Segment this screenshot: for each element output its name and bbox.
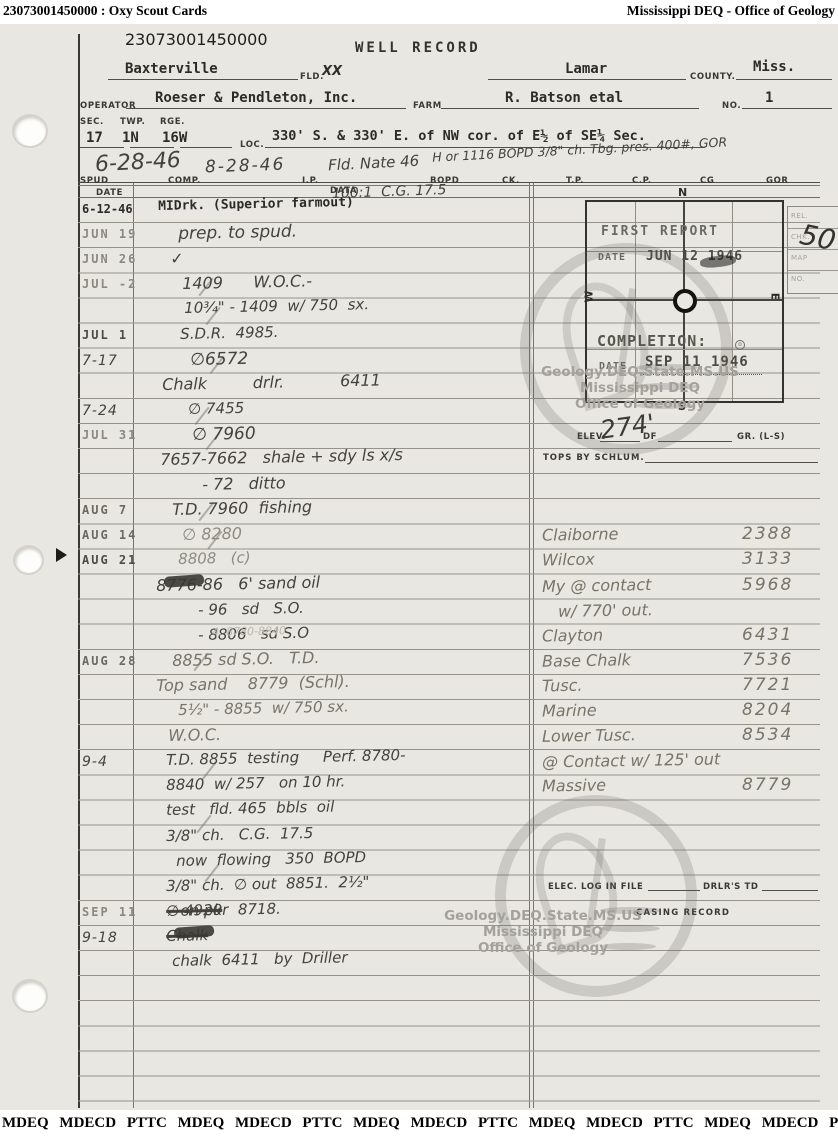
log-entry-text-span: 1409 W.O.C.- [182, 272, 312, 294]
log-entry-text-span: 3/8" ch. ∅ out 8851. 2½" [166, 872, 370, 894]
drlrs-td-underline [762, 890, 818, 891]
log-entry-date: JUN 26 [82, 252, 136, 266]
punch-hole-top [14, 116, 46, 146]
log-entry-text-span: 8808 (c) [178, 549, 251, 569]
county-underline [488, 79, 686, 80]
twp-label: TWP. [120, 117, 145, 127]
log-entry-text-span: now flowing 350 BOPD [176, 848, 366, 870]
log-entry-text-span: chalk 6411 by Driller [172, 948, 348, 970]
log-entry-date: JUL 1 [82, 328, 136, 342]
operator-underline [126, 108, 406, 109]
log-entry-date: 9-4 [82, 754, 136, 770]
formation-top-name: w/ 770' out. [558, 600, 653, 621]
log-entry-text-span: on pkr 8718. [166, 899, 281, 919]
date-column-header: DATE [96, 188, 123, 198]
document-id-title: 23073001450000 : Oxy Scout Cards [3, 3, 207, 19]
formation-top-depth: 8534 [742, 725, 793, 745]
routing-stamp-box: REL. CHK. MAP NO. 50 [787, 206, 838, 294]
log-entry-date: 6-12-46 [82, 202, 136, 216]
deq-seal-watermark [495, 795, 697, 997]
formation-top-depth: 8779 [742, 775, 793, 795]
drlrs-td-label: DRLR'S TD [703, 882, 759, 892]
page: 23073001450000 : Oxy Scout Cards Mississ… [0, 0, 838, 1137]
formation-top-depth: 7536 [742, 650, 793, 670]
rge-underline [180, 147, 232, 148]
field-underline [108, 79, 298, 80]
first-report-stamp: FIRST REPORT [601, 224, 719, 239]
log-entry-text-span: ∅ 7960 [192, 424, 256, 445]
formation-top-name: Tusc. [542, 676, 583, 696]
watermark-text: Geology.DEQ.State.MS.US Mississippi DEQ … [536, 364, 744, 412]
deq-seal-watermark [520, 243, 732, 455]
watermark-line1: Geology.DEQ.State.MS.US [436, 908, 650, 924]
log-entry-date: 7-24 [82, 403, 136, 419]
tp-label: T.P. [566, 176, 584, 186]
stamp-box-scribble: 50 [797, 218, 838, 258]
map-small-circle-mark: o [735, 340, 745, 350]
spud-value: 6-28-46 [94, 148, 181, 177]
no-value: 1 [765, 90, 773, 106]
log-entry-date: 7-17 [82, 353, 136, 369]
formation-top-name: Marine [542, 701, 597, 721]
agency-title: Mississippi DEQ - Office of Geology [627, 3, 835, 19]
formation-top-name: Massive [542, 776, 606, 796]
twp-value: 1N [122, 130, 139, 146]
log-entry-date: AUG 28 [82, 654, 136, 668]
farm-underline [441, 108, 699, 109]
punch-hole-bottom [14, 981, 46, 1011]
ip-label: I.P. [302, 176, 319, 186]
gor-label: GOR [766, 176, 789, 186]
formation-top-depth: 5968 [742, 575, 793, 595]
log-entry-text-span: ∅ 7455 [188, 399, 244, 418]
ck-label: CK. [502, 176, 520, 186]
watermark-line3: Office of Geology [536, 396, 744, 412]
formation-top-depth: 8204 [742, 700, 793, 720]
log-entry-date: AUG 21 [82, 553, 136, 567]
faint-pencil-note: 4. 8780-8840 [212, 624, 286, 639]
field-value: Baxterville [125, 61, 218, 77]
log-entry-date: SEP 11 [82, 905, 136, 919]
sec-label: SEC. [80, 117, 104, 127]
formation-top-depth: 3133 [742, 549, 793, 569]
log-entry-text-span: S.D.R. 4985. [180, 322, 279, 342]
cg-label: CG [700, 176, 714, 186]
watermark-line2: Mississippi DEQ [536, 380, 744, 396]
log-entry-date: JUN 19 [82, 227, 136, 241]
log-entry-text-span: ∅6572 [190, 348, 248, 369]
log-entry-text-span: ✓ [170, 249, 184, 268]
county-value: Lamar [565, 61, 607, 77]
rge-value: 16W [162, 130, 187, 146]
operator-label: OPERATOR [80, 101, 136, 111]
loc-label: LOC. [240, 140, 264, 150]
farm-label: FARM [413, 101, 442, 111]
log-entry-text-span: T.D. 7960 fishing [172, 497, 312, 519]
comp-label: COMP. [168, 176, 201, 186]
spud-label: SPUD [80, 176, 109, 186]
cp-label: C.P. [632, 176, 652, 186]
state-value: Miss. [753, 59, 795, 75]
compass-n: N [678, 186, 687, 199]
rge-label: RGE. [160, 117, 185, 127]
margin-arrow-mark [56, 548, 67, 562]
compass-e: E [768, 293, 781, 301]
ink-scribble [164, 573, 205, 587]
footer-text: MDEQ MDECD PTTC MDEQ MDECD PTTC MDEQ MDE… [2, 1115, 838, 1132]
sec-underline [80, 147, 124, 148]
formation-top-name: Wilcox [542, 550, 595, 570]
stamp-box-label: NO. [791, 275, 805, 283]
watermark-line3: Office of Geology [436, 940, 650, 956]
log-entry-text-span: 5½" - 8855 w/ 750 sx. [178, 697, 349, 719]
formation-top-name: My @ contact [542, 575, 652, 596]
no-label: NO. [722, 101, 741, 111]
log-entry-text-span: - 72 ditto [202, 473, 286, 494]
log-entry-text-span: Top sand 8779 (Schl). [156, 672, 350, 695]
log-entry-text-span: - 96 sd S.O. [198, 598, 304, 618]
log-entry-date: JUL -2 [82, 277, 136, 291]
bopd-label: BOPD [430, 176, 459, 186]
log-entry-text-span: ∅ 8280 [182, 524, 242, 544]
watermark-line1: Geology.DEQ.State.MS.US [536, 364, 744, 380]
log-entry-date: JUL 31 [82, 428, 136, 442]
formation-top-name: @ Contact w/ 125' out [542, 750, 721, 772]
county-label: COUNTY. [690, 72, 735, 82]
footer-bar: MDEQ MDECD PTTC MDEQ MDECD PTTC MDEQ MDE… [0, 1110, 838, 1137]
comp-value: 8-28-46 [205, 155, 286, 178]
formation-top-name: Base Chalk [542, 650, 631, 671]
well-number: 23073001450000 [125, 30, 268, 49]
formation-top-depth: 6431 [742, 625, 793, 645]
no-underline [742, 108, 832, 109]
scanned-card: 23073001450000 WELL RECORD Baxterville F… [0, 24, 838, 1110]
field-label: FLD. [300, 72, 324, 82]
ip-value: Fld. Nate 46 [328, 152, 420, 175]
sec-value: 17 [86, 130, 103, 146]
log-entry-date: AUG 14 [82, 528, 136, 542]
stamp-box-label: MAP [791, 254, 808, 262]
log-entry-text-span: 3/8" ch. C.G. 17.5 [166, 823, 314, 844]
formation-top-depth: 2388 [742, 524, 793, 544]
formation-top-name: Claiborne [542, 525, 619, 545]
state-underline [736, 79, 832, 80]
gr-label: GR. (L-S) [737, 432, 785, 442]
log-entry-text-span: W.O.C. [168, 725, 221, 745]
page-title: WELL RECORD [355, 40, 481, 56]
log-entry-text-span: prep. to spud. [178, 222, 297, 244]
field-strike-mark: XX [322, 64, 342, 79]
punch-hole-middle [15, 547, 42, 573]
top-header-bar: 23073001450000 : Oxy Scout Cards Mississ… [0, 0, 838, 24]
formation-top-name: Clayton [542, 625, 603, 645]
tops-label-underline [645, 462, 818, 463]
watermark-text: Geology.DEQ.State.MS.US Mississippi DEQ … [436, 908, 650, 956]
log-entry-text-span: 8855 sd S.O. T.D. [172, 648, 320, 670]
farm-value: R. Batson etal [505, 90, 623, 106]
operator-value: Roeser & Pendleton, Inc. [155, 90, 357, 106]
watermark-line2: Mississippi DEQ [436, 924, 650, 940]
log-entry-date: 9-18 [82, 930, 136, 946]
formation-top-name: Lower Tusc. [542, 725, 636, 746]
formation-top-depth: 7721 [742, 675, 793, 695]
log-entry-date: AUG 7 [82, 503, 136, 517]
